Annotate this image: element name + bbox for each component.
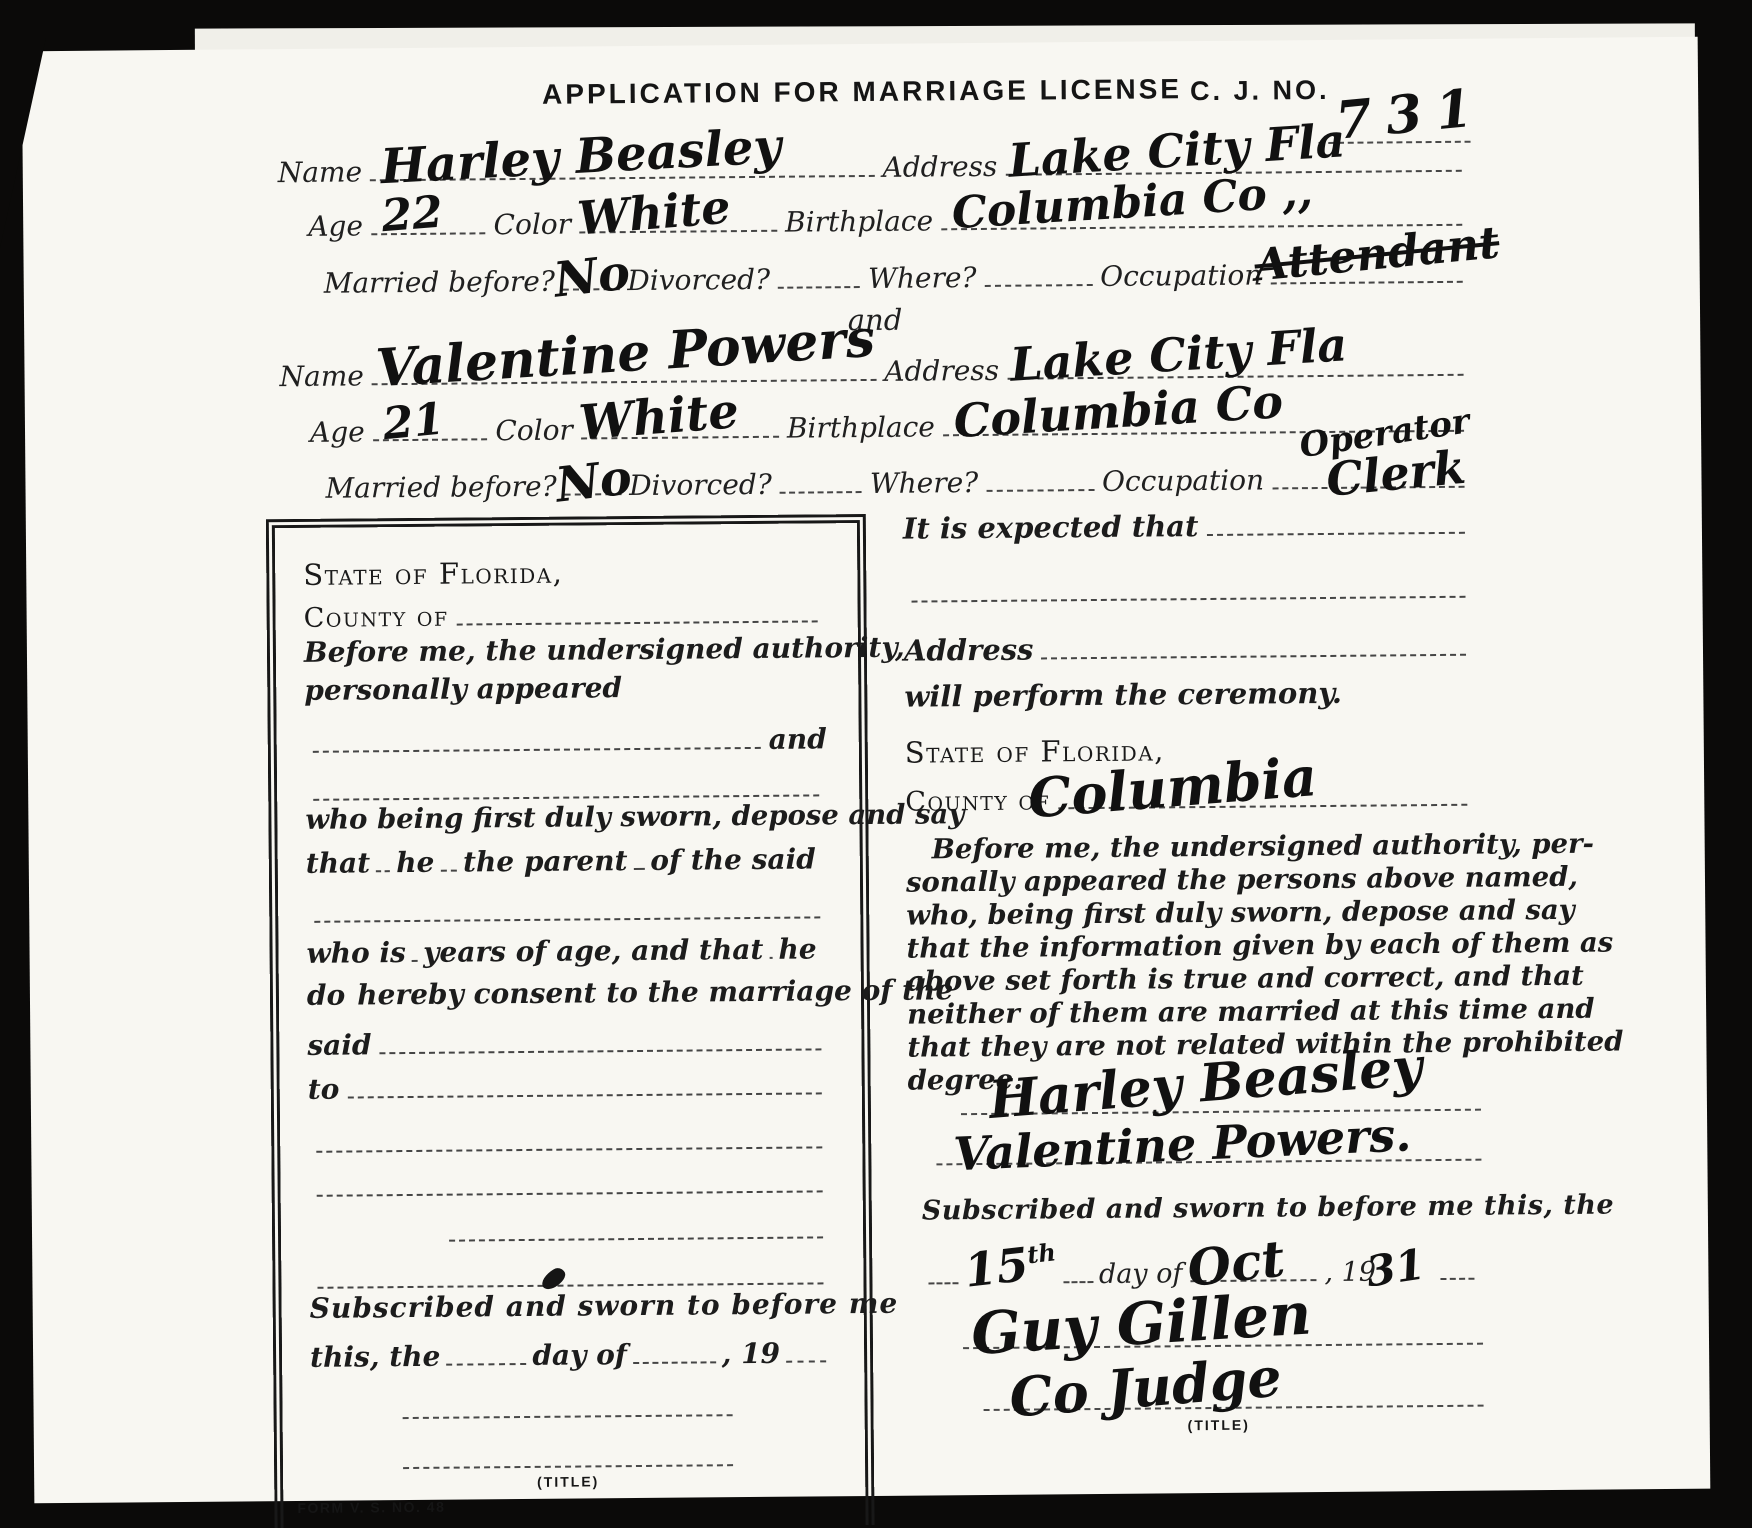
where-label-1: Where? <box>868 261 977 297</box>
married-label-2: Married before? <box>325 470 556 507</box>
day-suffix: th <box>1026 1237 1058 1269</box>
age-label-1: Age <box>308 209 363 244</box>
age-label-2: Age <box>310 415 365 450</box>
left-title-caption: (TITLE) <box>403 1472 733 1491</box>
left-do-row: do hereby consent to the marriage of the <box>307 967 829 1014</box>
left-blank-line-5 <box>317 1188 823 1196</box>
applicant1-married-line: No <box>563 286 619 290</box>
birthplace-label-2: Birthplace <box>787 410 935 446</box>
left-blank-row-4 <box>308 1115 830 1162</box>
official-title-line: Co Judge <box>984 1403 1484 1411</box>
left-19-words: , 19 <box>721 1337 780 1373</box>
left-who-is-row: who is years of age, and that he <box>306 925 828 972</box>
divorced-label-1: Divorced? <box>627 263 770 299</box>
left-before-line2: personally appeared <box>304 671 622 709</box>
left-blank-line-4 <box>316 1144 822 1152</box>
left-state-line: State of Florida, <box>303 556 563 594</box>
color-label-1: Color <box>493 208 571 244</box>
applicant2-where-line <box>986 487 1094 492</box>
right-blank-line <box>912 594 1466 603</box>
applicant1-name-line: Harley Beasley <box>370 173 874 181</box>
left-date-seg3 <box>786 1358 826 1362</box>
day-handwritten: 15th <box>962 1238 1059 1294</box>
left-consent-words: hereby consent to the marriage of the <box>357 973 953 1013</box>
marriage-license-form: APPLICATION FOR MARRIAGE LICENSE C. J. N… <box>22 37 1711 1504</box>
left-day-of-words: day of <box>532 1338 627 1374</box>
left-said-line <box>380 1046 822 1054</box>
left-that-seg2 <box>440 868 457 872</box>
left-blank-and-row: and <box>305 715 827 762</box>
left-do-word: do <box>307 979 346 1014</box>
parental-consent-box: State of Florida, County of Before me, t… <box>266 514 875 1528</box>
perform-line: will perform the ceremony. <box>904 676 1342 716</box>
left-said-word: said <box>307 1028 371 1064</box>
applicant1-married-value: No <box>552 248 633 304</box>
applicant1-age-line: 22 <box>371 230 486 235</box>
name-label-1: Name <box>278 155 363 191</box>
applicant1-divorced-line <box>778 284 860 289</box>
left-blank-row-3 <box>306 885 828 932</box>
applicant1-occupation-line: Attendant <box>1270 279 1462 285</box>
left-blank-line-1 <box>313 745 761 753</box>
left-blank-row-6 <box>441 1205 831 1250</box>
left-date-seg1 <box>446 1361 526 1366</box>
date-seg-lead <box>928 1280 958 1284</box>
applicant2-name-line: Valentine Powers <box>372 377 876 385</box>
affidavit-line: that the information given by each of th… <box>906 928 1484 966</box>
date-seg-1 <box>1063 1279 1093 1283</box>
applicant2-color-line: White <box>581 434 779 440</box>
left-before-line1: Before me, the undersigned authority, <box>304 631 905 671</box>
birthplace-label-1: Birthplace <box>785 204 933 240</box>
left-that-seg3 <box>634 866 645 870</box>
address-label-2: Address <box>884 354 999 390</box>
applicant2-age-row: Age 21 Color White Birthplace Columbia C… <box>310 395 1472 451</box>
left-he2-word: he <box>778 932 816 967</box>
applicant1-where-line <box>985 282 1093 287</box>
left-county-line <box>457 618 818 625</box>
date-seg-2 <box>1440 1276 1474 1280</box>
affidavit-line: above set forth is true and correct, and… <box>907 961 1485 999</box>
right-subscribed-line: Subscribed and sworn to before me this, … <box>922 1189 1614 1228</box>
applicant2-occupation-value: Clerk <box>1324 444 1467 503</box>
day-number: 15 <box>962 1237 1032 1298</box>
applicant2-name-row: Name Valentine Powers Address Lake City … <box>279 339 1471 395</box>
affidavit-line: sonally appeared the persons above named… <box>906 862 1484 900</box>
applicant2-married-line: No <box>565 491 621 495</box>
affidavit-line: Before me, the undersigned authority, pe… <box>906 829 1484 867</box>
left-subscribed-row2: this, the day of , 19 <box>310 1329 832 1376</box>
left-whois-seg1 <box>412 958 417 962</box>
left-this-the-words: this, the <box>310 1340 441 1376</box>
ink-blot <box>538 1265 569 1292</box>
applicant1-married-row: Married before? No Divorced? Where? Occu… <box>323 246 1470 302</box>
left-that-seg1 <box>376 868 390 872</box>
left-parent-words: the parent <box>463 844 628 880</box>
applicant1-color-value: White <box>576 184 732 242</box>
left-subscribed-line1: Subscribed and sworn to before me <box>310 1287 899 1327</box>
applicant2-occupation-line: Operator Clerk <box>1272 484 1464 490</box>
affidavit-line: who, being first duly sworn, depose and … <box>906 895 1484 933</box>
cj-no-label: C. J. NO. <box>1190 75 1330 107</box>
form-number: FORM V. S. NO. 48 <box>297 1499 445 1516</box>
scan-background: APPLICATION FOR MARRIAGE LICENSE C. J. N… <box>0 0 1752 1528</box>
left-that-word: that <box>306 846 371 882</box>
left-sworn-line: who being first duly sworn, depose and s… <box>305 798 964 838</box>
left-to-word: to <box>308 1073 340 1108</box>
applicant2-age-value: 21 <box>381 398 446 448</box>
left-whois-seg2 <box>769 955 772 959</box>
expected-label: It is expected that <box>903 509 1199 548</box>
affidavit-line: neither of them are married at this time… <box>907 994 1485 1032</box>
left-blank-row-5 <box>308 1159 830 1206</box>
left-blank-line-6 <box>449 1234 823 1241</box>
divorced-label-2: Divorced? <box>629 468 772 504</box>
applicant2-divorced-line <box>780 489 862 494</box>
left-to-line <box>347 1090 821 1098</box>
right-blank-row <box>903 561 1473 612</box>
left-he-word: he <box>396 846 434 881</box>
applicant2-age-line: 21 <box>373 436 488 441</box>
where-label-2: Where? <box>870 466 979 502</box>
applicant1-color-line: White <box>579 228 777 234</box>
applicant2-signature-line: Valentine Powers. <box>936 1157 1481 1166</box>
left-of-said-words: of the said <box>650 842 816 878</box>
left-years-words: years of age, and that <box>423 933 763 971</box>
right-county-row: County of Columbia <box>905 771 1475 820</box>
right-county-line: Columbia <box>1058 802 1467 810</box>
color-label-2: Color <box>495 414 573 450</box>
right-title-caption: (TITLE) <box>1054 1416 1384 1435</box>
expected-row: It is expected that <box>903 497 1473 548</box>
address-label-1: Address <box>882 150 997 186</box>
left-that-row: that he the parent of the said <box>306 835 828 882</box>
left-who-is-words: who is <box>306 936 406 972</box>
left-signature-line-1 <box>403 1412 733 1419</box>
left-date-seg2 <box>633 1359 716 1364</box>
occupation-label-2: Occupation <box>1102 464 1264 500</box>
left-blank-line-3 <box>314 914 820 922</box>
applicant2-color-value: White <box>577 387 740 447</box>
left-to-row: to <box>308 1061 830 1108</box>
year-handwritten: 31 <box>1363 1243 1427 1293</box>
applicant2-married-value: No <box>553 453 634 509</box>
right-address-label: Address <box>904 633 1034 670</box>
right-address-line <box>1041 652 1466 660</box>
right-address-row: Address <box>904 619 1474 670</box>
left-county-row: County of <box>303 591 825 636</box>
left-county-label: County of <box>304 602 449 636</box>
left-said-row: said <box>307 1017 829 1064</box>
applicant1-age-value: 22 <box>380 191 444 240</box>
left-signature-line-2 <box>403 1462 733 1469</box>
left-and-word: and <box>769 722 827 758</box>
name-label-2: Name <box>279 359 364 395</box>
expected-line <box>1206 530 1465 536</box>
form-title: APPLICATION FOR MARRIAGE LICENSE <box>542 73 1182 111</box>
occupation-label-1: Occupation <box>1100 259 1262 295</box>
married-label-1: Married before? <box>324 265 555 302</box>
